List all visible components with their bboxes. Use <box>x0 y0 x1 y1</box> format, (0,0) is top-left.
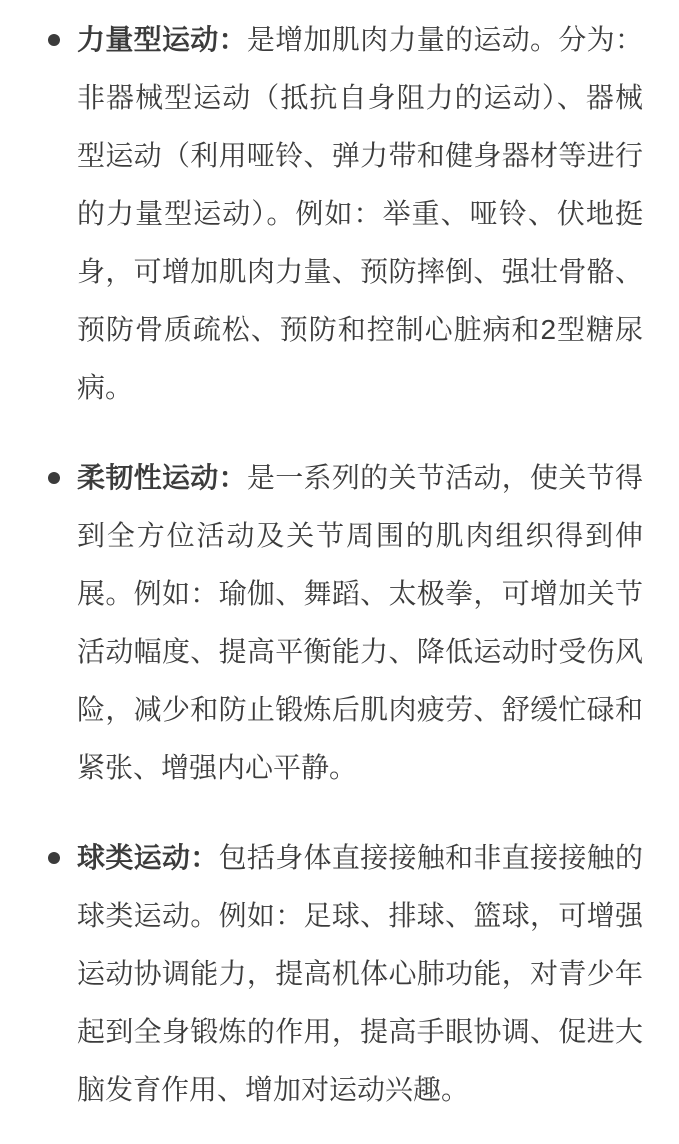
item-text: 是一系列的关节活动，使关节得到全方位活动及关节周围的肌肉组织得到伸展。例如：瑜伽… <box>77 462 643 783</box>
bullet-icon <box>48 34 60 46</box>
item-text: 包括身体直接接触和非直接接触的球类运动。例如：足球、排球、篮球，可增强运动协调能… <box>77 842 643 1105</box>
exercise-types-list: 力量型运动：是增加肌肉力量的运动。分为：非器械型运动（抵抗自身阻力的运动）、器械… <box>77 11 643 1119</box>
list-item-ball-sports: 球类运动：包括身体直接接触和非直接接触的球类运动。例如：足球、排球、篮球，可增强… <box>77 829 643 1119</box>
bullet-icon <box>48 852 60 864</box>
document-page: { "page": { "background_color": "#ffffff… <box>0 0 679 1144</box>
list-item-flexibility-exercise: 柔韧性运动：是一系列的关节活动，使关节得到全方位活动及关节周围的肌肉组织得到伸展… <box>77 449 643 797</box>
exercise-types-document: 力量型运动：是增加肌肉力量的运动。分为：非器械型运动（抵抗自身阻力的运动）、器械… <box>0 0 679 1119</box>
item-text: 是增加肌肉力量的运动。分为：非器械型运动（抵抗自身阻力的运动）、器械型运动（利用… <box>77 24 643 403</box>
term-label: 柔韧性运动： <box>77 462 247 493</box>
term-label: 力量型运动： <box>77 24 247 55</box>
bullet-icon <box>48 472 60 484</box>
list-item-strength-exercise: 力量型运动：是增加肌肉力量的运动。分为：非器械型运动（抵抗自身阻力的运动）、器械… <box>77 11 643 417</box>
term-label: 球类运动： <box>77 842 219 873</box>
